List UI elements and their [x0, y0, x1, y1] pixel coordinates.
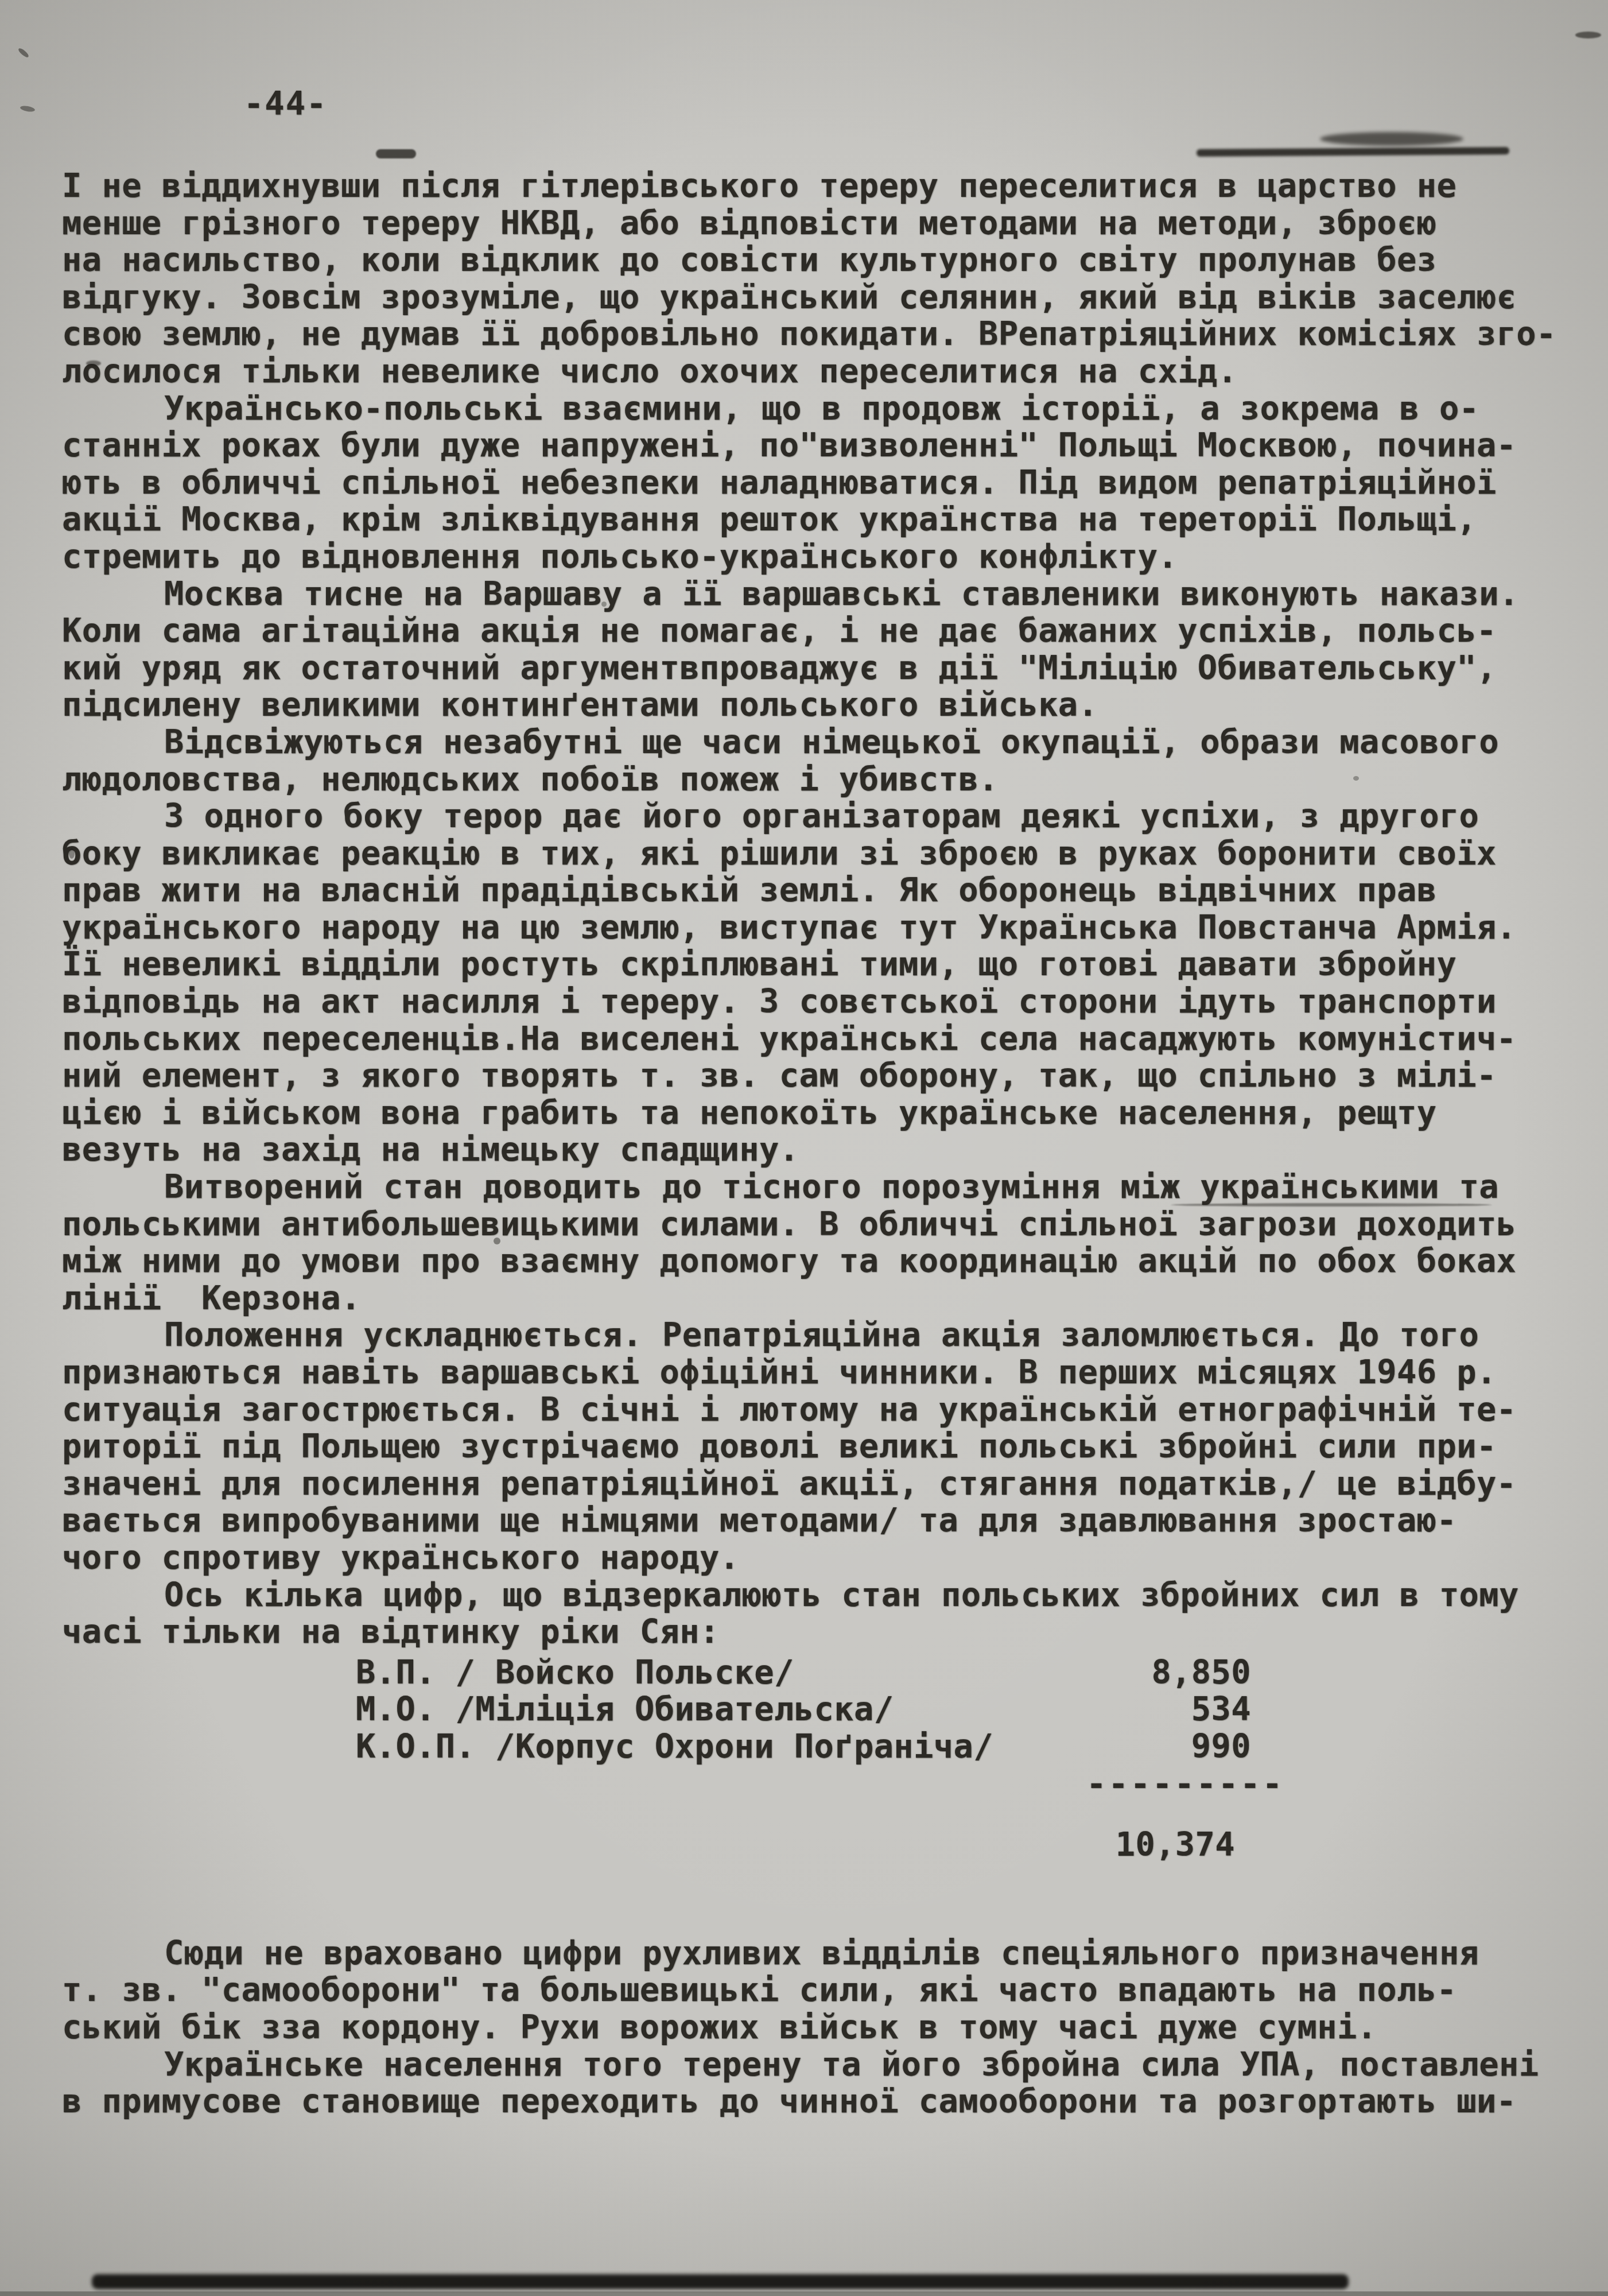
- text-line: акції Москва, крім зліквідування решток …: [62, 501, 1583, 538]
- text-line: боку викликає реакцію в тих, які рішили …: [62, 835, 1583, 872]
- text-line: українського народу на цю землю, виступа…: [62, 909, 1583, 947]
- force-value: 534: [1191, 1691, 1251, 1728]
- text-line: на насильство, коли відклик до совісти к…: [62, 242, 1583, 279]
- text-line: І не віддихнувши після гітлерівського те…: [62, 168, 1583, 205]
- ink-speck: [17, 47, 30, 59]
- text-line: стремить до відновлення польсько-українс…: [62, 538, 1583, 576]
- paragraph: Українсько-польські взаємини, що в продо…: [62, 390, 1583, 576]
- text-line: ський бік зза кордону. Рухи ворожих війс…: [62, 2009, 1583, 2046]
- text-line: риторії під Польщею зустрічаємо доволі в…: [62, 1428, 1583, 1465]
- text-line: цією і військом вона грабить та непокоїт…: [62, 1095, 1583, 1132]
- text-line: людоловства, нелюдських побоїв пожеж і у…: [62, 761, 1583, 798]
- text-line: чого спротиву українського народу.: [62, 1539, 1583, 1577]
- text-line: Москва тисне на Варшаву а її варшавські …: [62, 576, 1583, 613]
- text-line: прав жити на власній прадідівській землі…: [62, 872, 1583, 909]
- scan-edge-shadow: [0, 2291, 1608, 2296]
- text-line: кий уряд як остаточний аргументвпроваджу…: [62, 650, 1583, 687]
- paragraph: Москва тисне на Варшаву а її варшавські …: [62, 576, 1583, 724]
- text-line: ситуація загострюється. В січні і лютому…: [62, 1391, 1583, 1429]
- text-line: Ось кілька цифр, що відзеркалюють стан п…: [62, 1577, 1583, 1614]
- text-line: польських переселенців.На виселені украї…: [62, 1021, 1583, 1058]
- text-line: польськими антибольшевицькими силами. В …: [62, 1206, 1583, 1243]
- ink-speck: [1575, 32, 1601, 38]
- paragraph: З одного боку терор дає його організатор…: [62, 798, 1583, 1169]
- text-line: часі тільки на відтинку ріки Сян:: [62, 1614, 1583, 1651]
- paragraph: Відсвіжуються незабутні ще часи німецько…: [62, 724, 1583, 798]
- text-line: лосилося тільки невелике число охочих пе…: [62, 353, 1583, 390]
- ink-speck: [20, 105, 35, 113]
- text-line: ють в обличчі спільної небезпеки наладню…: [62, 464, 1583, 502]
- ink-speck: [376, 149, 416, 158]
- text-line: лінії Керзона.: [62, 1280, 1583, 1317]
- force-label: М.О. /Міліція Обивательска/: [356, 1691, 894, 1728]
- table-row: К.О.П. /Корпус Охрони Поґраніча/ 990: [356, 1728, 1251, 1766]
- text-line: Витворений стан доводить до тісного поро…: [62, 1169, 1583, 1206]
- force-label: В.П. / Войско Польске/: [356, 1654, 794, 1692]
- text-line: підсилену великими континґентами польськ…: [62, 687, 1583, 724]
- text-line: відгуку. Зовсім зрозуміле, що українськи…: [62, 279, 1583, 316]
- forces-total: 10,374: [356, 1826, 1251, 1864]
- text-line: признаються навіть варшавські офіційні ч…: [62, 1354, 1583, 1391]
- paragraph: Положення ускладнюється. Репатріяційна а…: [62, 1317, 1583, 1576]
- ink-smudge: [1197, 147, 1509, 157]
- force-value: 990: [1191, 1728, 1251, 1766]
- table-row: М.О. /Міліція Обивательска/ 534: [356, 1691, 1251, 1728]
- text-line: відповідь на акт насилля і тереру. З сов…: [62, 983, 1583, 1021]
- text-line: Її невеликі відділи ростуть скріплювані …: [62, 946, 1583, 983]
- text-line: значені для посилення репатріяційної акц…: [62, 1465, 1583, 1503]
- text-line: ний елемент, з якого творять т. зв. сам …: [62, 1057, 1583, 1095]
- text-line: свою землю, не думав її добровільно поки…: [62, 316, 1583, 353]
- text-line: між ними до умови про взаємну допомогу т…: [62, 1243, 1583, 1280]
- ink-blotch: [1320, 132, 1463, 146]
- text-line: т. зв. "самооборони" та большевицькі сил…: [62, 1972, 1583, 2009]
- paragraph: Ось кілька цифр, що відзеркалюють стан п…: [62, 1577, 1583, 1651]
- scan-edge-shadow: [92, 2274, 1349, 2289]
- page-number: -44-: [244, 85, 327, 123]
- scanned-document-page: { "page": { "number": "-44-" }, "doc": {…: [0, 0, 1608, 2296]
- text-line: в примусове становище переходить до чинн…: [62, 2083, 1583, 2120]
- text-line: Коли сама агітаційна акція не помагає, і…: [62, 612, 1583, 650]
- document-body: І не віддихнувши після гітлерівського те…: [62, 168, 1583, 2120]
- paragraph: Сюди не враховано цифри рухливих відділі…: [62, 1935, 1583, 2046]
- text-line: Українсько-польські взаємини, що в продо…: [62, 390, 1583, 428]
- paragraph: І не віддихнувши після гітлерівського те…: [62, 168, 1583, 390]
- force-value: 8,850: [1151, 1654, 1251, 1692]
- paragraph: Витворений стан доводить до тісного поро…: [62, 1169, 1583, 1317]
- text-line: вається випробуваними ще німцями методам…: [62, 1502, 1583, 1539]
- text-line: везуть на захід на німецьку спадщину.: [62, 1131, 1583, 1169]
- text-line: менше грізного тереру НКВД, або відповіс…: [62, 205, 1583, 242]
- text-line: Сюди не враховано цифри рухливих відділі…: [62, 1935, 1583, 1972]
- text-line: Положення ускладнюється. Репатріяційна а…: [62, 1317, 1583, 1354]
- paragraph: Українське населення того терену та його…: [62, 2046, 1583, 2120]
- text-line: станніх роках були дуже напружені, по"ви…: [62, 427, 1583, 464]
- force-label: К.О.П. /Корпус Охрони Поґраніча/: [356, 1728, 993, 1766]
- text-line: Відсвіжуються незабутні ще часи німецько…: [62, 724, 1583, 761]
- table-row: В.П. / Войско Польске/ 8,850: [356, 1654, 1251, 1692]
- text-line: Українське населення того терену та його…: [62, 2046, 1583, 2084]
- forces-figures-table: В.П. / Войско Польске/ 8,850 М.О. /Міліц…: [356, 1654, 1251, 1864]
- sum-separator: ---------: [356, 1766, 1284, 1803]
- text-line: З одного боку терор дає його організатор…: [62, 798, 1583, 835]
